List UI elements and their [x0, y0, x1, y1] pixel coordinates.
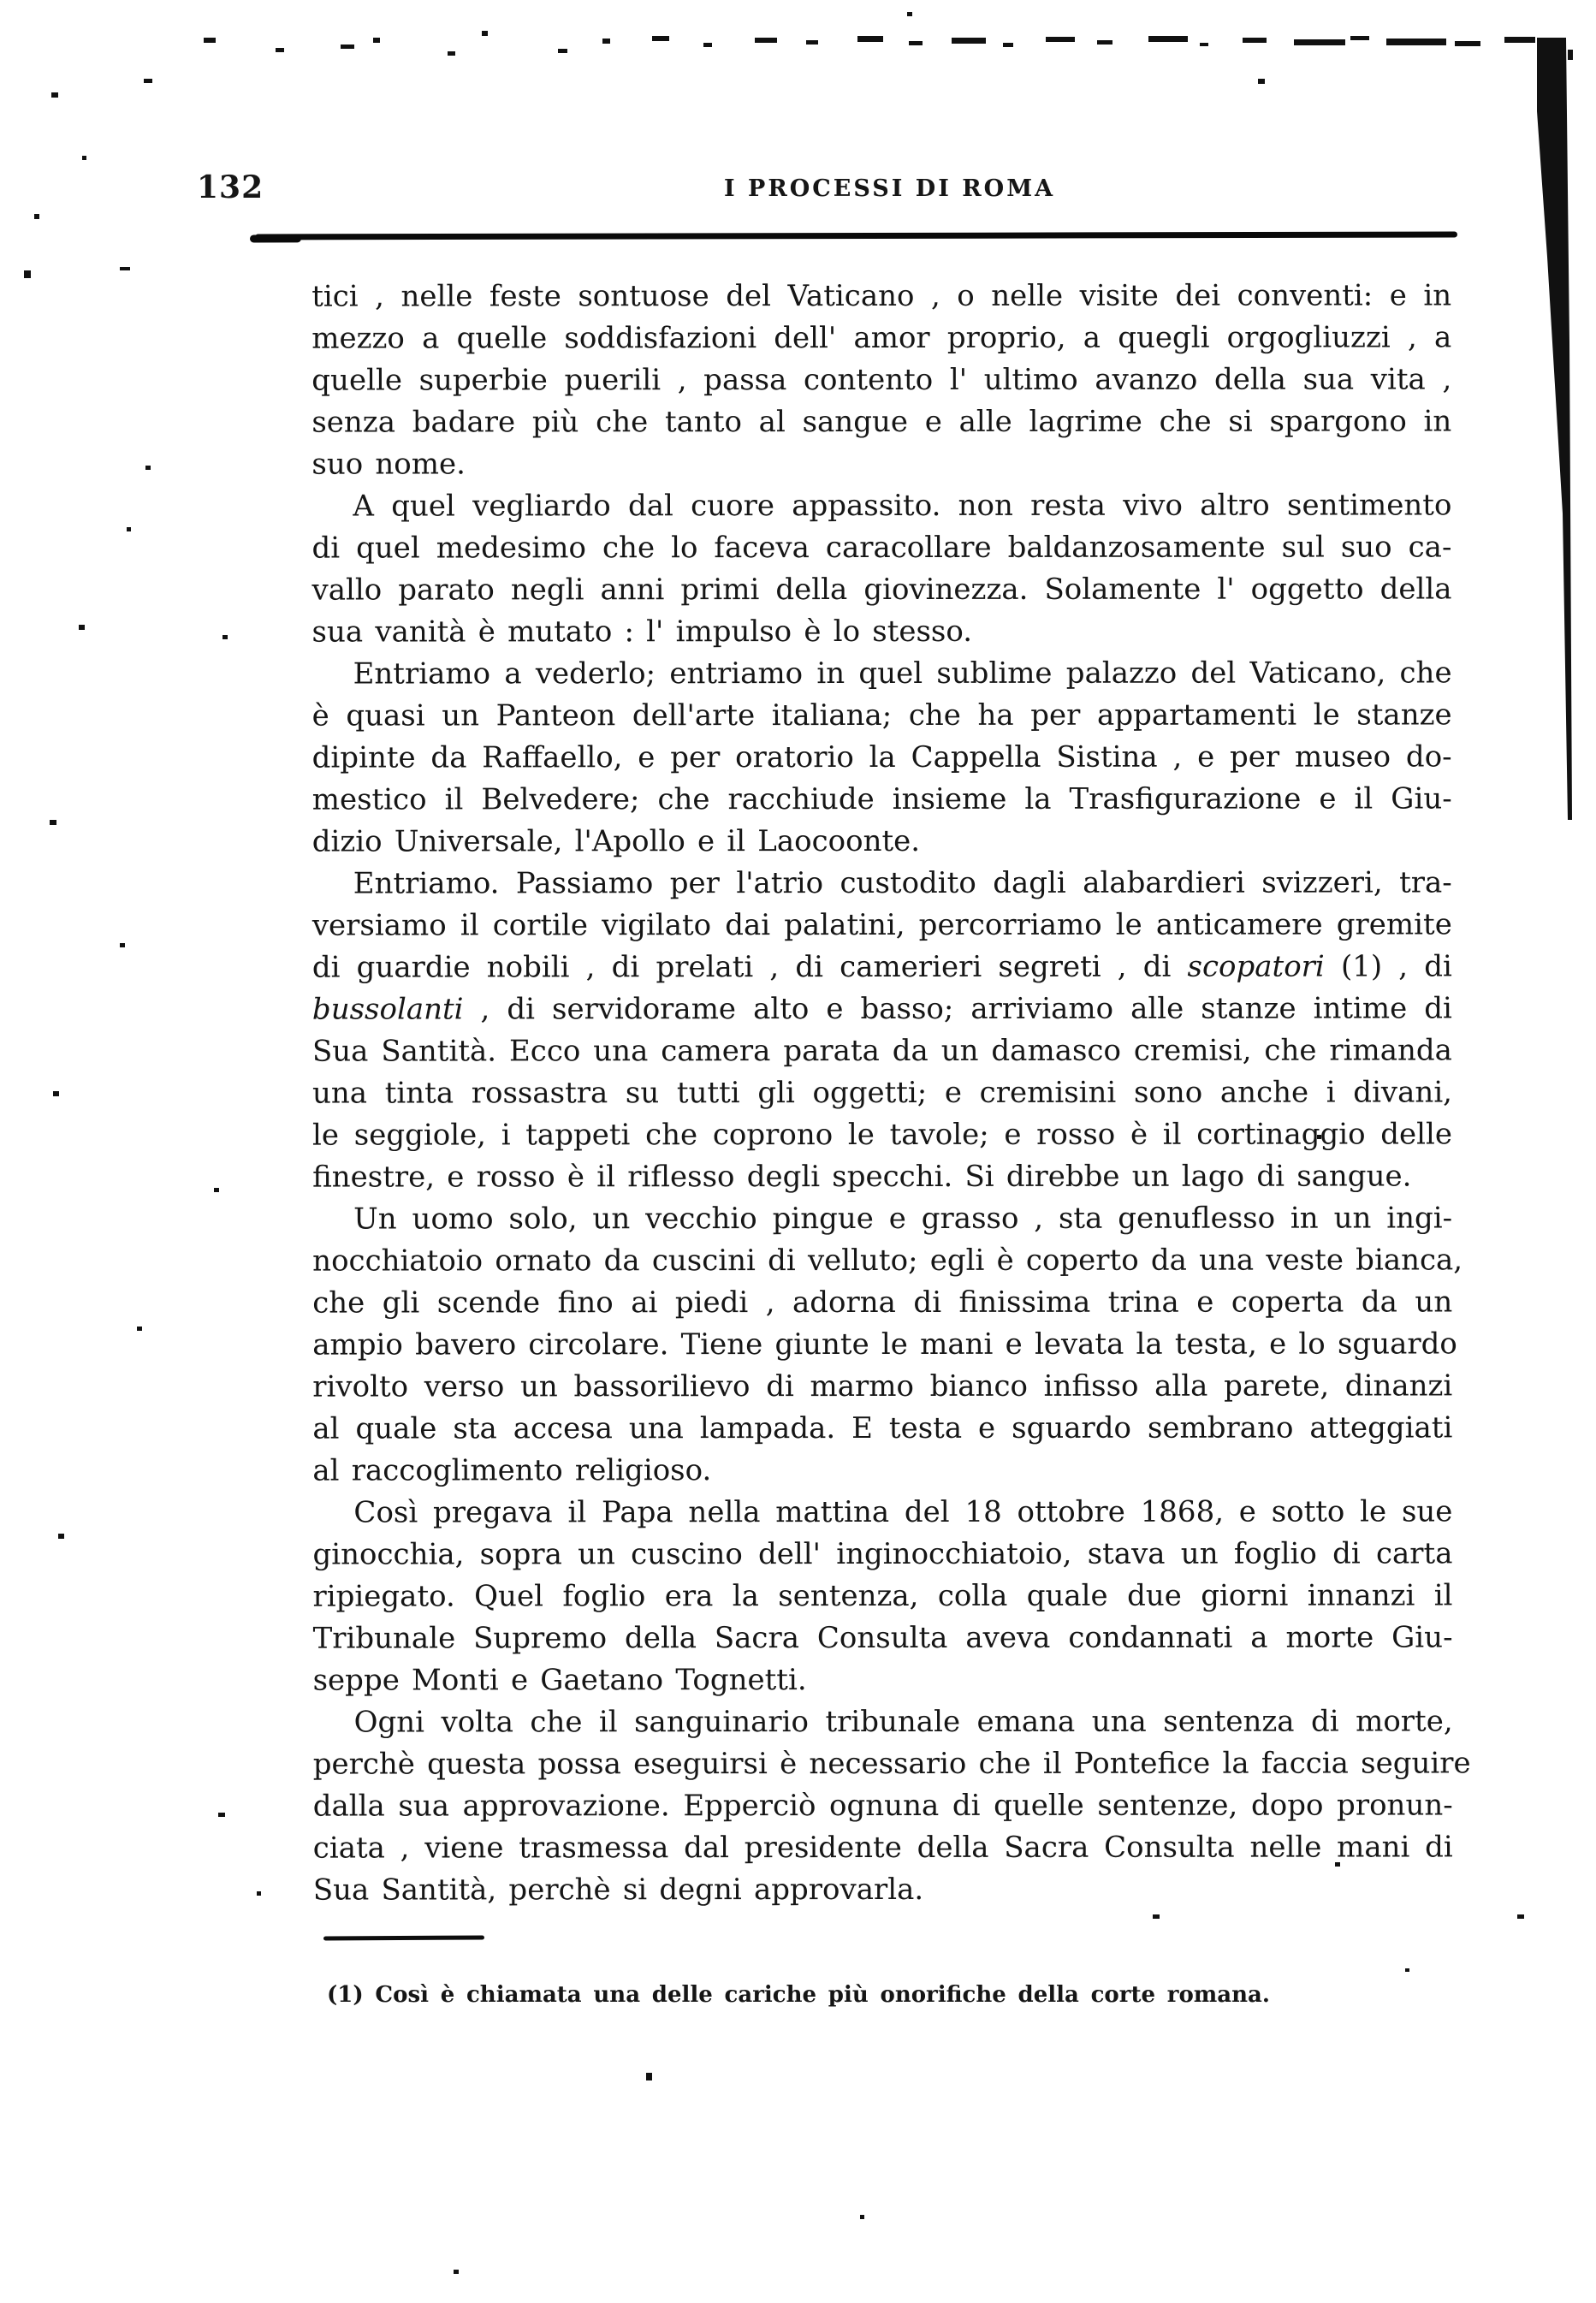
- text-segment: , di servidorame alto e basso; arriviamo…: [464, 991, 1452, 1026]
- text-segment: nocchiatoio ornato da cuscini di velluto…: [312, 1243, 1463, 1278]
- text-segment: mezzo a quelle soddisfazioni dell' amor …: [311, 320, 1451, 355]
- text-line: che gli scende fino ai piedi , adorna di…: [312, 1281, 1452, 1324]
- footnote: (1) Così è chiamata una delle cariche pi…: [327, 1982, 1270, 2008]
- text-segment: versiamo il cortile vigilato dai palatin…: [312, 907, 1452, 942]
- text-segment: sua vanità è mutato : l' impulso è lo st…: [312, 614, 973, 650]
- text-segment: dizio Universale, l'Apollo e il Laocoont…: [312, 824, 920, 859]
- text-segment: rivolto verso un bassorilievo di marmo b…: [312, 1368, 1452, 1404]
- text-segment: seppe Monti e Gaetano Tognetti.: [313, 1663, 807, 1698]
- text-segment: mestico il Belvedere; che racchiude insi…: [312, 781, 1452, 816]
- italic-term: bussolanti: [312, 992, 464, 1026]
- text-line: quelle superbie puerili , passa contento…: [311, 359, 1451, 401]
- text-segment: Tribunale Supremo della Sacra Consulta a…: [313, 1620, 1453, 1655]
- page-number: 132: [197, 169, 264, 205]
- text-line: versiamo il cortile vigilato dai palatin…: [312, 904, 1452, 947]
- header-rule: [255, 232, 1457, 240]
- text-line: senza badare più che tanto al sangue e a…: [311, 401, 1451, 443]
- text-line: di guardie nobili , di prelati , di came…: [312, 946, 1452, 988]
- body-text: tici , nelle feste sontuose del Vaticano…: [311, 275, 1453, 1911]
- paragraph: Entriamo. Passiamo per l'atrio custodito…: [312, 862, 1452, 1198]
- text-line: le seggiole, i tappeti che coprono le ta…: [312, 1113, 1452, 1156]
- text-line: Sua Santità, perchè si degni approvarla.: [313, 1868, 1453, 1911]
- text-line: Sua Santità. Ecco una camera parata da u…: [312, 1030, 1452, 1072]
- text-line: nocchiatoio ornato da cuscini di velluto…: [312, 1239, 1452, 1282]
- text-line: rivolto verso un bassorilievo di marmo b…: [312, 1365, 1452, 1408]
- italic-term: scopatori: [1188, 950, 1325, 984]
- paragraph: Entriamo a vederlo; entriamo in quel sub…: [312, 652, 1452, 863]
- text-segment: le seggiole, i tappeti che coprono le ta…: [312, 1117, 1452, 1152]
- text-segment: Sua Santità. Ecco una camera parata da u…: [312, 1033, 1452, 1068]
- text-line: mezzo a quelle soddisfazioni dell' amor …: [311, 317, 1451, 359]
- text-segment: vallo parato negli anni primi della giov…: [311, 572, 1451, 607]
- text-line: finestre, e rosso è il riflesso degli sp…: [312, 1155, 1452, 1198]
- text-segment: (1) , di: [1325, 949, 1452, 983]
- text-line: Entriamo a vederlo; entriamo in quel sub…: [312, 652, 1452, 695]
- text-line: Ogni volta che il sanguinario tribunale …: [313, 1701, 1453, 1743]
- text-segment: dalla sua approvazione. Epperciò ognuna …: [313, 1788, 1453, 1823]
- footnote-rule: [323, 1936, 484, 1941]
- paragraph: Un uomo solo, un vecchio pingue e grasso…: [312, 1197, 1452, 1492]
- text-line: al quale sta accesa una lampada. E testa…: [312, 1407, 1452, 1450]
- text-segment: al quale sta accesa una lampada. E testa…: [312, 1410, 1452, 1445]
- text-segment: è quasi un Panteon dell'arte italiana; c…: [312, 697, 1452, 733]
- text-segment: perchè questa possa eseguirsi è necessar…: [313, 1746, 1471, 1781]
- text-segment: senza badare più che tanto al sangue e a…: [311, 404, 1451, 439]
- text-segment: A quel vegliardo dal cuore appassito. no…: [353, 488, 1451, 523]
- text-segment: Un uomo solo, un vecchio pingue e grasso…: [353, 1201, 1452, 1236]
- paragraph: Così pregava il Papa nella mattina del 1…: [312, 1491, 1452, 1701]
- text-segment: Entriamo. Passiamo per l'atrio custodito…: [353, 865, 1452, 900]
- text-line: mestico il Belvedere; che racchiude insi…: [312, 778, 1452, 821]
- text-segment: ciata , viene trasmessa dal presidente d…: [313, 1830, 1453, 1865]
- text-line: Tribunale Supremo della Sacra Consulta a…: [313, 1617, 1453, 1659]
- text-segment: suo nome.: [311, 447, 466, 481]
- text-segment: ripiegato. Quel foglio era la sentenza, …: [312, 1578, 1452, 1613]
- paragraph: Ogni volta che il sanguinario tribunale …: [313, 1701, 1453, 1911]
- text-segment: Sua Santità, perchè si degni approvarla.: [313, 1873, 923, 1908]
- text-line: dipinte da Raffaello, e per oratorio la …: [312, 736, 1452, 779]
- text-line: al raccoglimento religioso.: [312, 1449, 1452, 1492]
- text-line: dalla sua approvazione. Epperciò ognuna …: [313, 1784, 1453, 1827]
- text-line: vallo parato negli anni primi della giov…: [311, 568, 1451, 611]
- text-line: è quasi un Panteon dell'arte italiana; c…: [312, 694, 1452, 737]
- running-header: I PROCESSI DI ROMA: [724, 175, 1055, 202]
- text-segment: al raccoglimento religioso.: [312, 1453, 711, 1487]
- text-segment: dipinte da Raffaello, e per oratorio la …: [312, 739, 1452, 775]
- paragraph: tici , nelle feste sontuose del Vaticano…: [311, 275, 1451, 485]
- text-line: ginocchia, sopra un cuscino dell' ingino…: [312, 1533, 1452, 1576]
- text-segment: una tinta rossastra su tutti gli oggetti…: [312, 1075, 1452, 1110]
- text-line: seppe Monti e Gaetano Tognetti.: [313, 1659, 1453, 1701]
- text-segment: Così pregava il Papa nella mattina del 1…: [353, 1494, 1452, 1529]
- text-line: bussolanti , di servidorame alto e basso…: [312, 988, 1452, 1030]
- text-line: sua vanità è mutato : l' impulso è lo st…: [312, 610, 1452, 653]
- text-line: suo nome.: [311, 442, 1451, 485]
- text-line: A quel vegliardo dal cuore appassito. no…: [311, 484, 1451, 527]
- text-segment: Entriamo a vederlo; entriamo in quel sub…: [353, 656, 1452, 691]
- text-line: di quel medesimo che lo faceva caracolla…: [311, 526, 1451, 569]
- text-line: ripiegato. Quel foglio era la sentenza, …: [312, 1575, 1452, 1617]
- text-line: dizio Universale, l'Apollo e il Laocoont…: [312, 820, 1452, 863]
- text-line: ampio bavero circolare. Tiene giunte le …: [312, 1323, 1452, 1366]
- text-segment: di guardie nobili , di prelati , di came…: [312, 950, 1188, 985]
- paragraph: A quel vegliardo dal cuore appassito. no…: [311, 484, 1451, 653]
- text-line: ciata , viene trasmessa dal presidente d…: [313, 1826, 1453, 1869]
- text-line: tici , nelle feste sontuose del Vaticano…: [311, 275, 1451, 318]
- text-segment: tici , nelle feste sontuose del Vaticano…: [311, 278, 1451, 313]
- text-line: perchè questa possa eseguirsi è necessar…: [313, 1742, 1453, 1785]
- book-page: 132 I PROCESSI DI ROMA tici , nelle fest…: [0, 0, 1596, 2303]
- text-segment: di quel medesimo che lo faceva caracolla…: [311, 530, 1451, 565]
- text-line: una tinta rossastra su tutti gli oggetti…: [312, 1071, 1452, 1114]
- text-segment: ampio bavero circolare. Tiene giunte le …: [312, 1327, 1457, 1362]
- text-segment: finestre, e rosso è il riflesso degli sp…: [312, 1159, 1411, 1194]
- text-line: Entriamo. Passiamo per l'atrio custodito…: [312, 862, 1452, 905]
- text-line: Un uomo solo, un vecchio pingue e grasso…: [312, 1197, 1452, 1240]
- text-segment: Ogni volta che il sanguinario tribunale …: [354, 1704, 1453, 1739]
- text-segment: che gli scende fino ai piedi , adorna di…: [312, 1285, 1452, 1320]
- text-segment: ginocchia, sopra un cuscino dell' ingino…: [312, 1536, 1452, 1571]
- text-line: Così pregava il Papa nella mattina del 1…: [312, 1491, 1452, 1534]
- text-segment: quelle superbie puerili , passa contento…: [311, 362, 1451, 397]
